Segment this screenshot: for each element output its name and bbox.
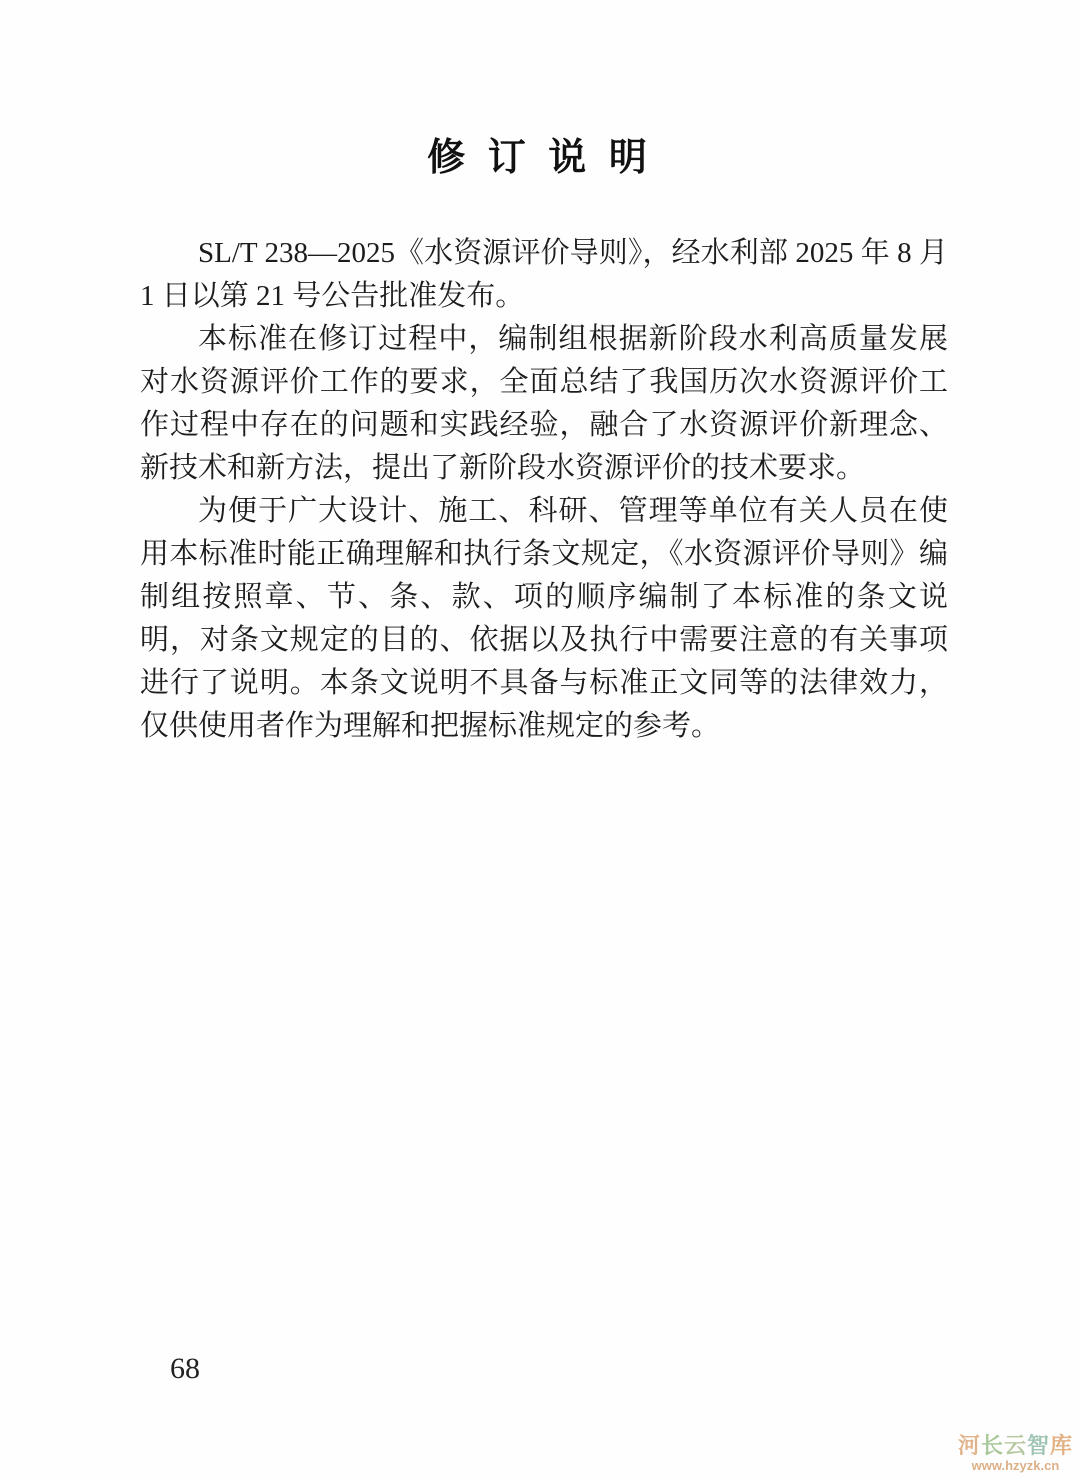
paragraph-revision-background: 本标准在修订过程中，编制组根据新阶段水利高质量发展对水资源评价工作的要求，全面总… <box>140 318 948 490</box>
watermark-char: 云 <box>1004 1433 1027 1458</box>
watermark-char: 河 <box>958 1433 981 1458</box>
document-page: 修 订 说 明 SL/T 238—2025《水资源评价导则》，经水利部 2025… <box>0 0 1080 1478</box>
paragraph-usage-note: 为便于广大设计、施工、科研、管理等单位有关人员在使用本标准时能正确理解和执行条文… <box>140 490 948 748</box>
watermark-brand: 河长云智库 <box>958 1434 1073 1458</box>
page-title: 修 订 说 明 <box>0 126 1080 181</box>
watermark-char: 智 <box>1027 1433 1050 1458</box>
watermark-char: 库 <box>1050 1433 1073 1458</box>
watermark: 河长云智库 www.hzyzk.cn <box>958 1434 1073 1473</box>
watermark-char: 长 <box>981 1433 1004 1458</box>
watermark-url: www.hzyzk.cn <box>958 1458 1073 1473</box>
page-number: 68 <box>170 1352 200 1386</box>
body-text: SL/T 238—2025《水资源评价导则》，经水利部 2025 年 8 月 1… <box>140 232 948 748</box>
paragraph-approval: SL/T 238—2025《水资源评价导则》，经水利部 2025 年 8 月 1… <box>140 232 948 318</box>
